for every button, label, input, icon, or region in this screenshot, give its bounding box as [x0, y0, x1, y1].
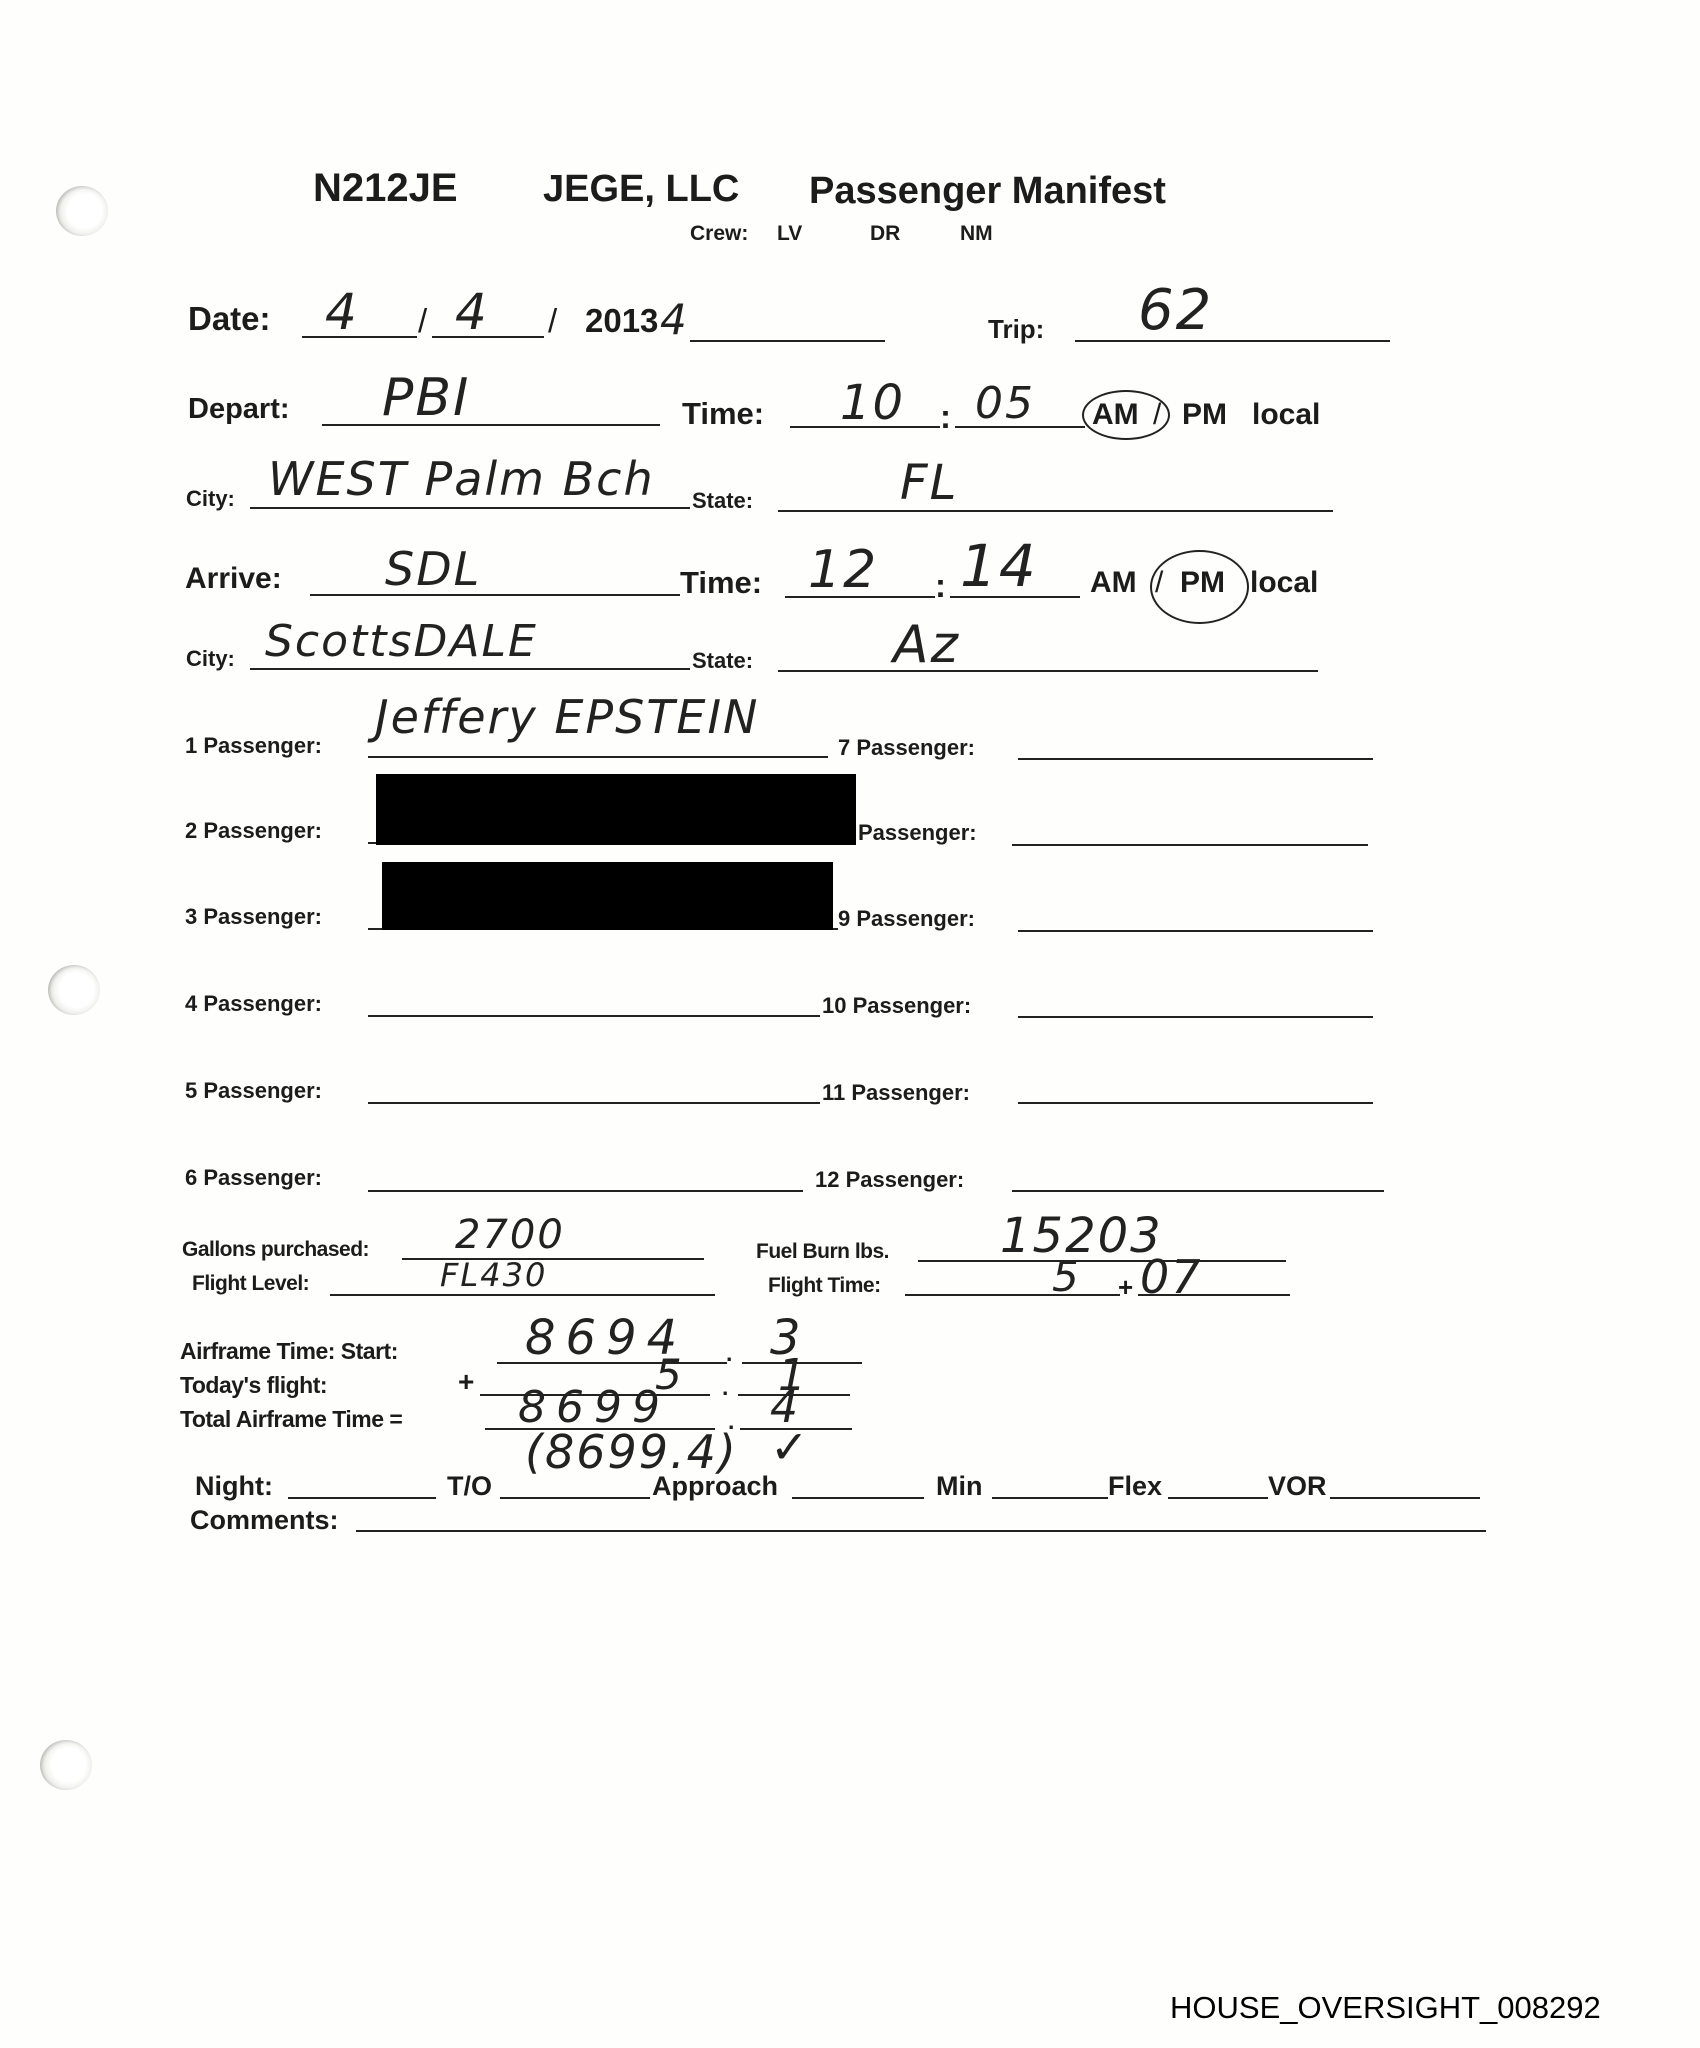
date-year-printed: 2013	[585, 302, 658, 340]
crew-label: Crew:	[690, 222, 748, 246]
depart-hour-value: 10	[840, 375, 905, 431]
trip-field[interactable]	[1075, 340, 1390, 342]
date-year-field[interactable]	[690, 340, 885, 342]
flight-level-label: Flight Level:	[192, 1272, 309, 1296]
date-sep-1: /	[418, 302, 427, 340]
arrive-city-value: ScottsDALE	[265, 616, 538, 667]
gallons-label: Gallons purchased:	[182, 1238, 369, 1262]
min-label: Min	[936, 1471, 983, 1502]
arrive-minute-value: 14	[960, 532, 1038, 600]
hole-punch-middle	[48, 965, 100, 1015]
airframe-start-label: Airframe Time: Start:	[180, 1338, 398, 1365]
flight-level-field[interactable]	[330, 1294, 715, 1296]
vor-label: VOR	[1268, 1471, 1327, 1502]
crew-member-2: DR	[870, 222, 900, 246]
min-field[interactable]	[992, 1497, 1108, 1499]
passenger-4-field[interactable]	[368, 1015, 820, 1017]
bates-number: HOUSE_OVERSIGHT_008292	[1170, 1990, 1601, 2026]
vor-field[interactable]	[1330, 1497, 1480, 1499]
passenger-2-redaction	[376, 774, 856, 845]
arrive-time-label: Time:	[680, 565, 762, 601]
arrive-local-label: local	[1250, 566, 1318, 600]
date-year-correction: 4	[660, 295, 689, 344]
passenger-4-label: 4 Passenger:	[185, 991, 322, 1017]
comments-field[interactable]	[356, 1530, 1486, 1532]
flight-time-hours-field[interactable]	[905, 1294, 1120, 1296]
passenger-11-field[interactable]	[1018, 1102, 1373, 1104]
arrive-state-value: Az	[893, 615, 960, 675]
flight-time-label: Flight Time:	[768, 1274, 881, 1298]
to-field[interactable]	[500, 1497, 650, 1499]
depart-minute-value: 05	[975, 378, 1035, 429]
passenger-9-field[interactable]	[1018, 930, 1373, 932]
fuel-burn-value: 15203	[1000, 1208, 1163, 1264]
arrive-state-label: State:	[692, 648, 753, 674]
airframe-start-dot: .	[726, 1340, 732, 1367]
form-title: Passenger Manifest	[809, 170, 1166, 213]
trip-label: Trip:	[988, 314, 1044, 345]
depart-state-field[interactable]	[778, 510, 1333, 512]
arrive-airport-field[interactable]	[310, 594, 680, 596]
arrive-time-sep: :	[935, 567, 946, 605]
depart-am-option[interactable]: AM	[1092, 398, 1139, 432]
date-month-value: 4	[325, 283, 359, 341]
flight-time-hours-value: 5	[1052, 1252, 1081, 1301]
date-label: Date:	[188, 300, 271, 338]
flight-time-plus: +	[1118, 1272, 1133, 1303]
passenger-5-label: 5 Passenger:	[185, 1078, 322, 1104]
passenger-6-field[interactable]	[368, 1190, 803, 1192]
airframe-today-dot: .	[722, 1374, 728, 1401]
arrive-label: Arrive:	[185, 562, 282, 596]
company-name: JEGE, LLC	[543, 168, 739, 211]
gallons-value: 2700	[455, 1212, 565, 1258]
arrive-airport-value: SDL	[385, 542, 481, 596]
depart-state-label: State:	[692, 488, 753, 514]
arrive-city-label: City:	[186, 646, 235, 672]
passenger-7-label: 7 Passenger:	[838, 735, 975, 761]
tail-number: N212JE	[313, 166, 458, 211]
flight-level-value: FL430	[440, 1256, 547, 1294]
passenger-12-field[interactable]	[1012, 1190, 1384, 1192]
passenger-8-label: Passenger:	[858, 820, 977, 846]
comments-label: Comments:	[190, 1505, 339, 1536]
date-month-field[interactable]	[302, 336, 417, 338]
passenger-7-field[interactable]	[1018, 758, 1373, 760]
depart-city-label: City:	[186, 486, 235, 512]
flex-field[interactable]	[1168, 1497, 1268, 1499]
passenger-10-field[interactable]	[1018, 1016, 1373, 1018]
depart-city-value: WEST Palm Bch	[268, 452, 655, 506]
passenger-2-label: 2 Passenger:	[185, 818, 322, 844]
passenger-3-redaction	[382, 862, 833, 930]
passenger-10-label: 10 Passenger:	[822, 993, 971, 1019]
date-sep-2: /	[548, 302, 557, 340]
arrive-am-option[interactable]: AM	[1090, 566, 1137, 600]
passenger-12-label: 12 Passenger:	[815, 1167, 964, 1193]
airframe-today-plus: +	[458, 1366, 474, 1398]
night-field[interactable]	[288, 1497, 436, 1499]
date-day-value: 4	[455, 283, 489, 341]
arrive-city-field[interactable]	[250, 668, 690, 670]
depart-city-field[interactable]	[250, 507, 690, 509]
passenger-1-field[interactable]	[368, 756, 828, 758]
arrive-state-field[interactable]	[778, 670, 1318, 672]
arrive-hour-value: 12	[808, 540, 878, 600]
trip-number-value: 62	[1138, 278, 1213, 343]
passenger-1-label: 1 Passenger:	[185, 733, 322, 759]
depart-local-label: local	[1252, 398, 1320, 432]
passenger-3-label: 3 Passenger:	[185, 904, 322, 930]
passenger-9-label: 9 Passenger:	[838, 906, 975, 932]
passenger-6-label: 6 Passenger:	[185, 1165, 322, 1191]
passenger-1-value: Jeffery EPSTEIN	[375, 690, 759, 744]
airframe-today-label: Today's flight:	[180, 1372, 327, 1399]
night-label: Night:	[195, 1471, 273, 1502]
passenger-5-field[interactable]	[368, 1102, 820, 1104]
airframe-total-label: Total Airframe Time =	[180, 1406, 402, 1433]
flex-label: Flex	[1108, 1471, 1162, 1502]
arrive-pm-option[interactable]: PM	[1180, 566, 1225, 600]
depart-airport-value: PBI	[382, 368, 470, 428]
depart-time-sep: :	[940, 398, 951, 436]
passenger-8-field[interactable]	[1012, 844, 1368, 846]
crew-member-1: LV	[777, 222, 802, 246]
fuel-burn-label: Fuel Burn lbs.	[756, 1240, 889, 1264]
to-label: T/O	[447, 1471, 492, 1502]
crew-member-3: NM	[960, 222, 993, 246]
hole-punch-top	[56, 186, 108, 236]
depart-state-value: FL	[900, 455, 958, 511]
depart-pm-option[interactable]: PM	[1182, 398, 1227, 432]
depart-airport-field[interactable]	[322, 424, 660, 426]
passenger-11-label: 11 Passenger:	[822, 1080, 970, 1106]
hole-punch-bottom	[40, 1740, 92, 1790]
flight-time-minutes-value: 07	[1140, 1250, 1203, 1304]
depart-period-slash: /	[1153, 398, 1161, 432]
depart-label: Depart:	[188, 393, 290, 426]
depart-time-label: Time:	[682, 396, 764, 432]
approach-label: Approach	[652, 1471, 778, 1502]
check-mark-icon: ✓	[770, 1420, 811, 1474]
approach-field[interactable]	[792, 1497, 924, 1499]
